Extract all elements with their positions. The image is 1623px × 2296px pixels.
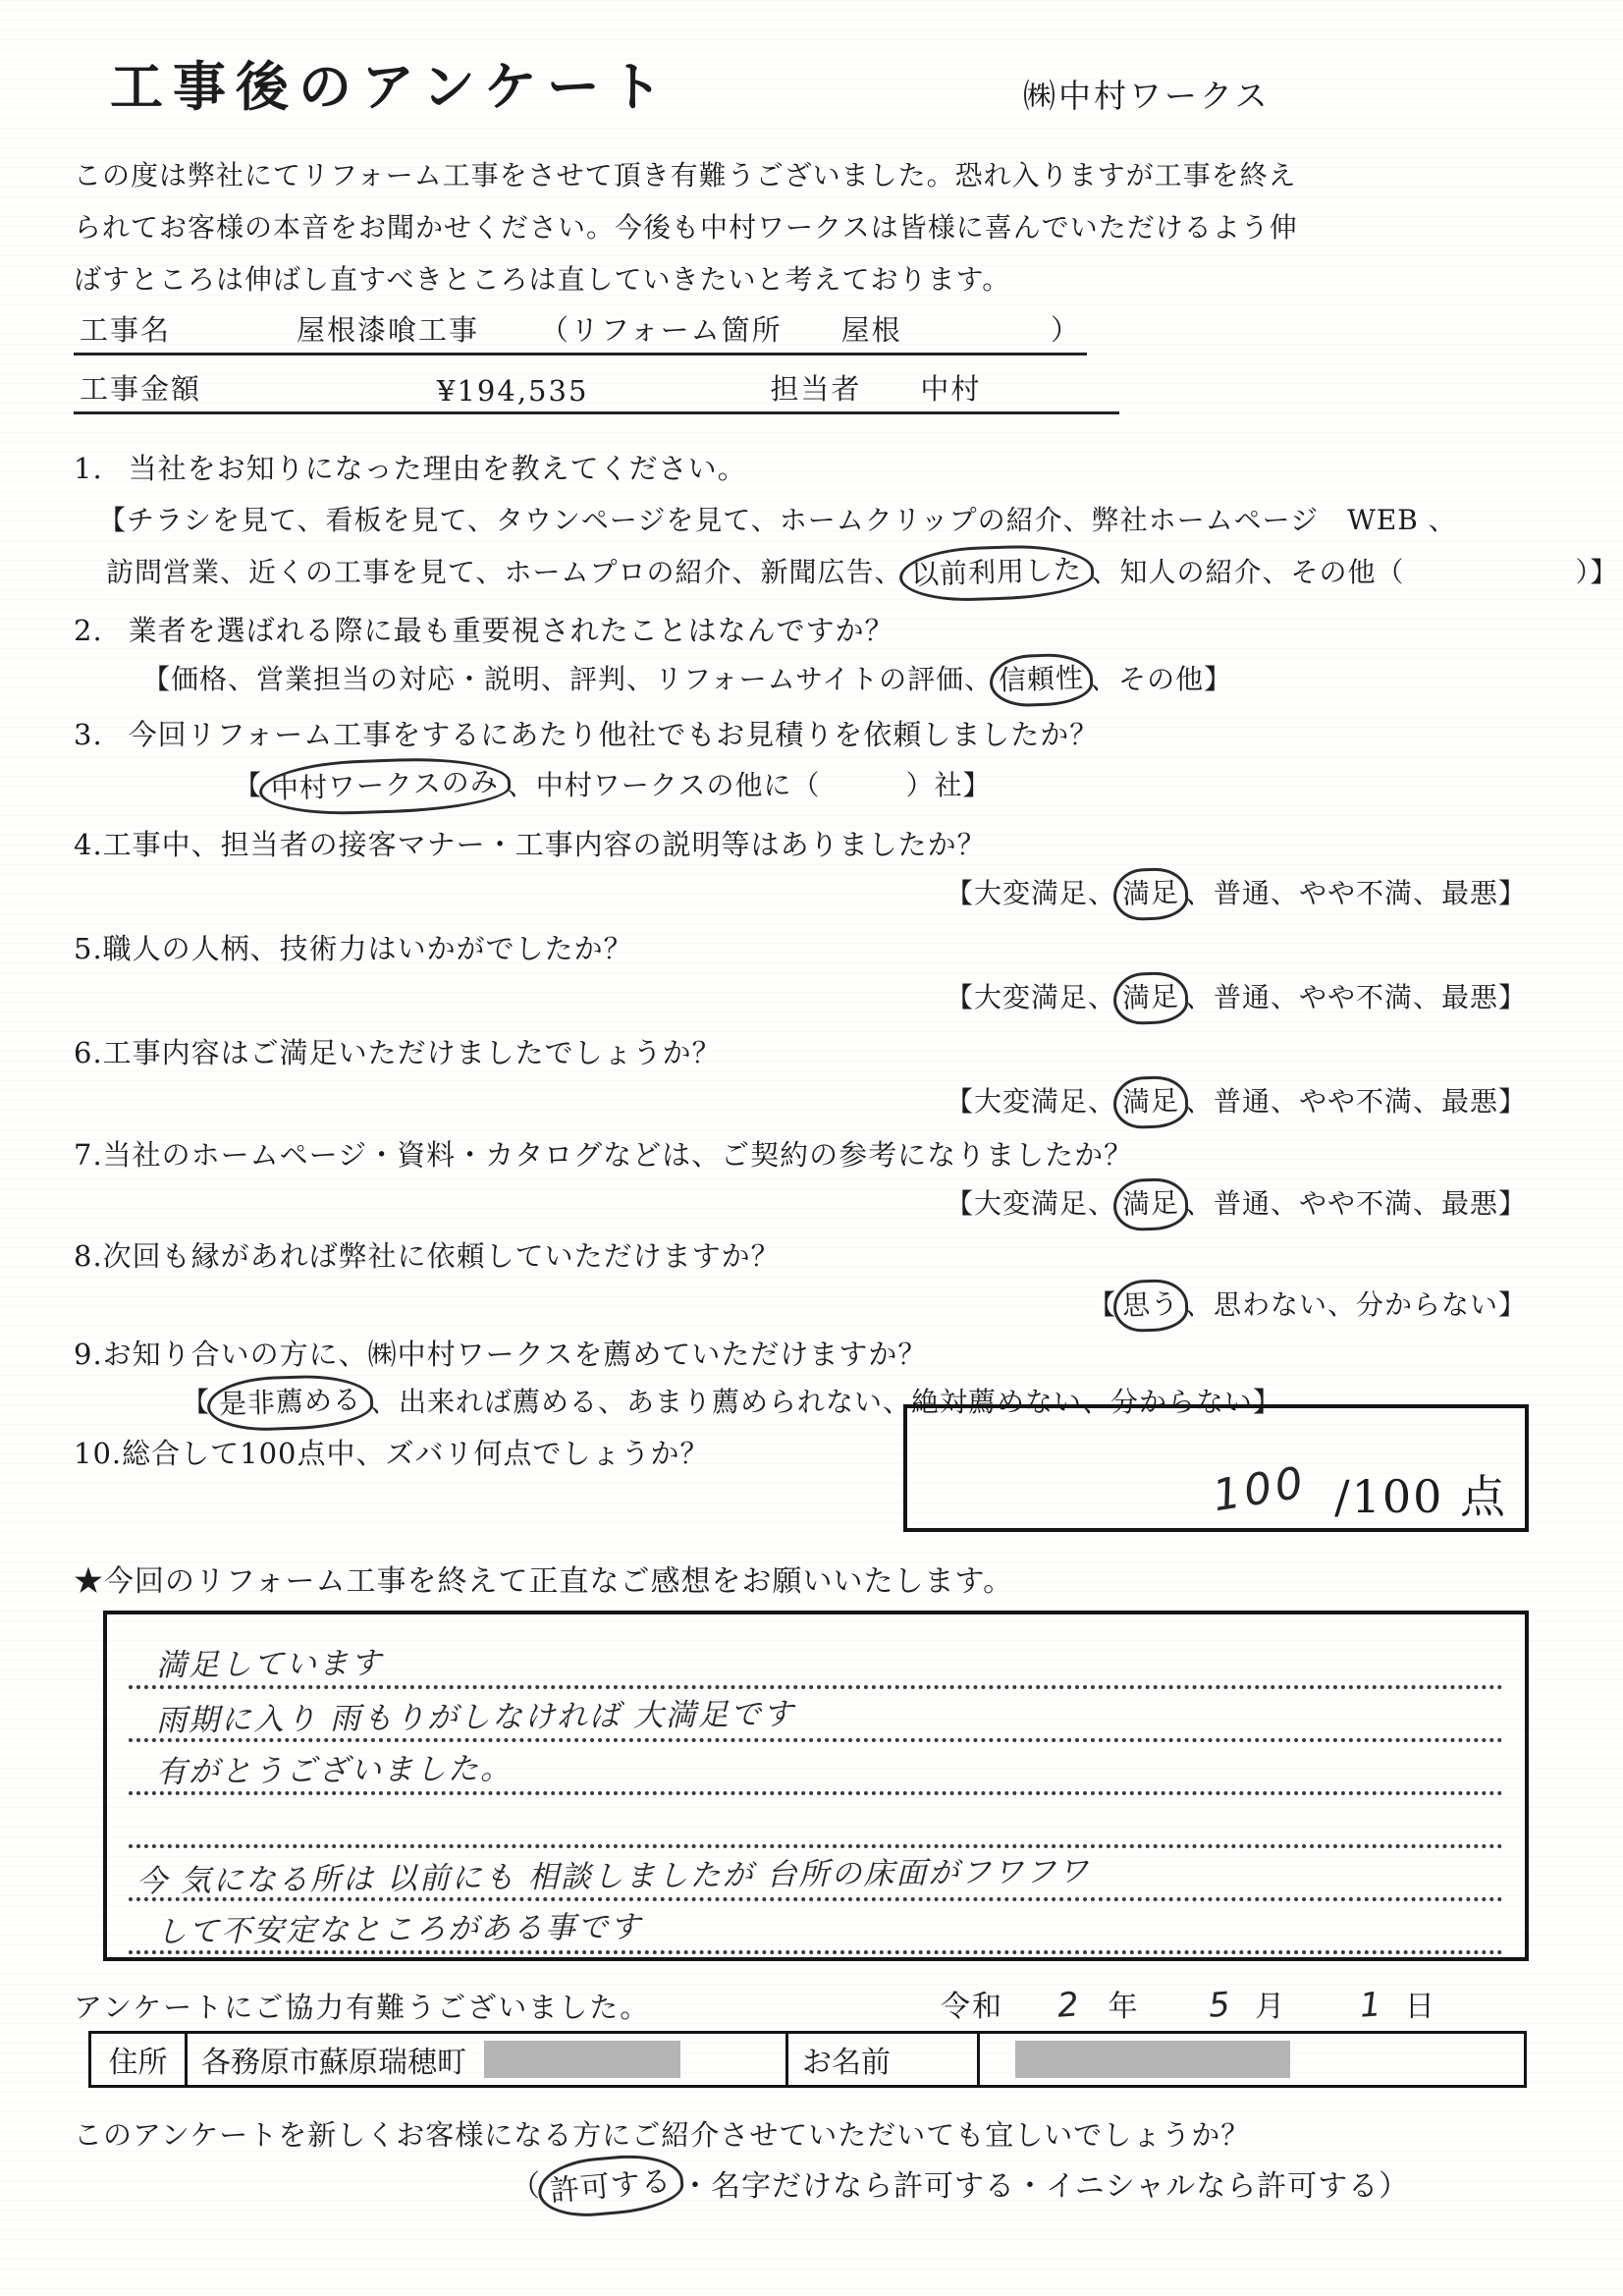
circle-annotation: 以前利用した	[899, 543, 1096, 604]
question-8: 8.次回も縁があれば弊社に依頼していただけますか？	[74, 1234, 781, 1275]
options-text: 、普通、やや不満、最悪】	[1185, 1085, 1527, 1118]
options-text: 【大変満足、	[946, 1085, 1116, 1118]
handwritten-day: 1	[1359, 1985, 1384, 2026]
options-text: 訪問営業、近くの工事を見て、ホームプロの紹介、新聞広告、	[106, 556, 902, 588]
intro-line: られてお客様の本音をお聞かせください。今後も中村ワークスは皆様に喜んでいただける…	[74, 201, 1576, 253]
star-icon: ★	[74, 1564, 104, 1599]
company-name: ㈱中村ワークス	[1023, 71, 1271, 117]
handwritten-year: 2	[1056, 1985, 1082, 2026]
intro-line: ばすところは伸ばし直すべきところは直していきたいと考えております。	[74, 253, 1576, 305]
question-text: 当社のホームページ・資料・カタログなどは、ご契約の参考になりましたか？	[103, 1138, 1133, 1172]
question-number: 5.	[74, 932, 103, 965]
question-1-options-line1: 【チラシを見て、看板を見て、タウンページを見て、ホームクリップの紹介、弊社ホーム…	[98, 499, 1457, 538]
options-text: （	[511, 2169, 541, 2204]
selected-option: 満足	[1121, 1186, 1179, 1221]
options-text: 【	[1088, 1288, 1116, 1321]
comment-box: 満足しています 雨期に入り 雨もりがしなければ 大満足です 有がとうございました…	[103, 1611, 1529, 1961]
question-1-options-line2: 訪問営業、近くの工事を見て、ホームプロの紹介、新聞広告、以前利用した、知人の紹介…	[106, 550, 1618, 596]
options-text: 【大変満足、	[946, 981, 1116, 1013]
question-number: 2.	[74, 614, 103, 647]
page-title: 工事後のアンケート	[110, 45, 673, 121]
circle-annotation: 満足	[1112, 971, 1189, 1026]
circle-annotation: 中村ワークスのみ	[258, 755, 511, 818]
selected-option: 満足	[1121, 1084, 1179, 1119]
question-text: 総合して100点中、ズバリ何点でしょうか？	[122, 1437, 709, 1470]
circle-annotation: 満足	[1112, 1177, 1189, 1232]
project-name-row: 工事名 屋根漆喰工事 （リフォーム箇所 屋根 ）	[74, 308, 1087, 355]
question-7-options: 【大変満足、満足、普通、やや不満、最悪】	[946, 1182, 1527, 1227]
permission-question: このアンケートを新しくお客様になる方にご紹介させていただいても宜しいでしょうか？	[74, 2113, 1250, 2154]
options-text: 、普通、やや不満、最悪】	[1185, 981, 1527, 1013]
comment-line: して不安定なところがある事です	[129, 1901, 1503, 1954]
options-text: 、普通、やや不満、最悪】	[1185, 1187, 1527, 1220]
selected-option: 許可する	[549, 2164, 674, 2210]
options-text: 【大変満足、	[946, 877, 1116, 909]
question-text: 次回も縁があれば弊社に依頼していただけますか？	[103, 1239, 781, 1273]
question-number: 10.	[74, 1437, 122, 1470]
question-3-options: 【中村ワークスのみ、中村ワークスの他に（ ）社】	[234, 763, 991, 809]
day-unit: 日	[1405, 1982, 1436, 2025]
handwritten-comment: 満足しています	[156, 1638, 383, 1684]
options-text: ・名字だけなら許可する・イニシャルなら許可する）	[680, 2169, 1409, 2204]
circle-annotation: 是非薦める	[206, 1373, 374, 1433]
signature-table: 住所 各務原市蘇原瑞穂町 お名前	[88, 2031, 1527, 2088]
score-box: 100 /100 点	[903, 1404, 1529, 1532]
permission-options: （許可する・名字だけなら許可する・イニシャルなら許可する）	[511, 2160, 1409, 2211]
options-text: 、その他】	[1090, 663, 1232, 695]
circle-annotation: 満足	[1112, 867, 1189, 922]
paren-close: ）	[1051, 308, 1081, 349]
circle-annotation: 信頼性	[989, 652, 1094, 708]
comment-line: 満足しています	[129, 1628, 1503, 1689]
question-2: 2.業者を選ばれる際に最も重要視されたことはなんですか？	[74, 609, 894, 649]
comment-line: 今 気になる所は 以前にも 相談しましたが 台所の床面がフワフワ	[129, 1848, 1503, 1901]
comment-line: 雨期に入り 雨もりがしなければ 大満足です	[129, 1689, 1503, 1742]
options-text: 、知人の紹介、その他（ ）】	[1091, 556, 1618, 588]
month-unit: 月	[1255, 1982, 1286, 2025]
question-4-options: 【大変満足、満足、普通、やや不満、最悪】	[946, 872, 1527, 916]
question-number: 1.	[74, 452, 103, 485]
question-text: 職人の人柄、技術力はいかがでしたか？	[103, 932, 633, 965]
selected-option: 中村ワークスのみ	[270, 765, 499, 805]
question-text: お知り合いの方に、㈱中村ワークスを薦めていただけますか？	[103, 1338, 928, 1371]
date-line: 令和 2 年 5 月 1 日	[941, 1982, 1436, 2025]
comment-line: 有がとうございました。	[129, 1742, 1503, 1795]
question-number: 8.	[74, 1239, 103, 1273]
circle-annotation: 満足	[1112, 1075, 1189, 1130]
circle-annotation: 許可する	[536, 2151, 686, 2221]
question-5: 5.職人の人柄、技術力はいかがでしたか？	[74, 927, 633, 967]
question-number: 9.	[74, 1338, 103, 1371]
intro-line: この度は弊社にてリフォーム工事をさせて頂き有難うございました。恐れ入りますが工事…	[74, 149, 1576, 201]
score-suffix: /100 点	[1334, 1461, 1507, 1526]
question-number: 6.	[74, 1036, 103, 1069]
handwritten-month: 5	[1207, 1985, 1232, 2026]
question-9: 9.お知り合いの方に、㈱中村ワークスを薦めていただけますか？	[74, 1333, 927, 1373]
question-6-options: 【大変満足、満足、普通、やや不満、最悪】	[946, 1080, 1527, 1124]
reform-location-value: 屋根	[841, 308, 902, 349]
options-text: 【大変満足、	[946, 1187, 1116, 1220]
selected-option: 以前利用した	[911, 553, 1083, 591]
amount-value: ¥194,535	[437, 374, 588, 408]
options-text: 【	[234, 769, 262, 801]
question-text: 業者を選ばれる際に最も重要視されたことはなんですか？	[129, 614, 894, 647]
survey-document: 工事後のアンケート ㈱中村ワークス この度は弊社にてリフォーム工事をさせて頂き有…	[0, 0, 1623, 2296]
handwritten-comment: 有がとうございました。	[156, 1743, 513, 1791]
handwritten-score: 100	[1210, 1457, 1311, 1521]
redaction-box	[1015, 2041, 1290, 2078]
comment-line	[129, 1795, 1503, 1848]
question-10: 10.総合して100点中、ズバリ何点でしょうか？	[74, 1432, 709, 1472]
manager-label: 担当者	[770, 367, 861, 408]
name-label: お名前	[788, 2034, 980, 2085]
question-text: 今回リフォーム工事をするにあたり他社でもお見積りを依頼しましたか？	[129, 718, 1100, 751]
project-name-label: 工事名	[80, 308, 171, 349]
thanks-text: アンケートにご協力有難うございました。	[74, 1986, 650, 2026]
address-cell: 各務原市蘇原瑞穂町	[188, 2034, 788, 2085]
reform-location-label: （リフォーム箇所	[540, 308, 783, 349]
selected-option: 是非薦める	[218, 1383, 361, 1420]
year-unit: 年	[1109, 1982, 1140, 2025]
options-text: 【チラシを見て、看板を見て、タウンページを見て、ホームクリップの紹介、弊社ホーム…	[98, 504, 1457, 536]
circle-annotation: 思う	[1112, 1279, 1189, 1334]
selected-option: 満足	[1121, 980, 1179, 1014]
project-amount-row: 工事金額 ¥194,535 担当者 中村	[74, 367, 1119, 414]
selected-option: 信頼性	[999, 661, 1085, 696]
question-text: 工事内容はご満足いただけましたでしょうか？	[103, 1036, 722, 1069]
question-6: 6.工事内容はご満足いただけましたでしょうか？	[74, 1031, 722, 1071]
question-8-options: 【思う、思わない、分からない】	[1088, 1284, 1527, 1328]
question-1: 1.当社をお知りになった理由を教えてください。	[74, 447, 747, 487]
handwritten-comment: 雨期に入り 雨もりがしなければ 大満足です	[156, 1689, 795, 1740]
question-4: 4.工事中、担当者の接客マナー・工事内容の説明等はありましたか？	[74, 823, 987, 863]
options-text: 【価格、営業担当の対応・説明、評判、リフォームサイトの評価、	[142, 663, 993, 695]
name-cell	[980, 2034, 1524, 2085]
intro-paragraph: この度は弊社にてリフォーム工事をさせて頂き有難うございました。恐れ入りますが工事…	[74, 149, 1576, 305]
question-number: 7.	[74, 1138, 103, 1172]
options-text: 、中村ワークスの他に（ ）社】	[508, 769, 992, 801]
question-2-options: 【価格、営業担当の対応・説明、評判、リフォームサイトの評価、信頼性、その他】	[142, 658, 1232, 702]
options-text: 、思わない、分からない】	[1185, 1288, 1527, 1321]
question-3: 3.今回リフォーム工事をするにあたり他社でもお見積りを依頼しましたか？	[74, 713, 1099, 753]
selected-option: 思う	[1121, 1287, 1179, 1322]
question-5-options: 【大変満足、満足、普通、やや不満、最悪】	[946, 976, 1527, 1020]
question-number: 3.	[74, 718, 103, 751]
selected-option: 満足	[1121, 876, 1179, 910]
question-7: 7.当社のホームページ・資料・カタログなどは、ご契約の参考になりましたか？	[74, 1133, 1133, 1174]
question-number: 4.	[74, 828, 103, 861]
options-text: 、普通、やや不満、最悪】	[1185, 877, 1527, 909]
feedback-prompt: 今回のリフォーム工事を終えて正直なご感想をお願いいたします。	[104, 1564, 1013, 1599]
project-name-value: 屋根漆喰工事	[297, 308, 479, 349]
options-text: 【	[182, 1386, 210, 1418]
manager-value: 中村	[920, 367, 981, 408]
era-label: 令和	[941, 1982, 1003, 2025]
question-text: 当社をお知りになった理由を教えてください。	[129, 452, 747, 485]
question-text: 工事中、担当者の接客マナー・工事内容の説明等はありましたか？	[103, 828, 987, 861]
address-value: 各務原市蘇原瑞穂町	[201, 2038, 466, 2081]
amount-label: 工事金額	[80, 367, 201, 408]
redaction-box	[484, 2041, 680, 2078]
address-label: 住所	[91, 2034, 188, 2085]
handwritten-comment: 今 気になる所は 以前にも 相談しましたが 台所の床面がフワフワ	[136, 1846, 1091, 1900]
feedback-prompt-line: ★今回のリフォーム工事を終えて正直なご感想をお願いいたします。	[74, 1557, 1013, 1600]
handwritten-comment: して不安定なところがある事です	[156, 1901, 642, 1950]
